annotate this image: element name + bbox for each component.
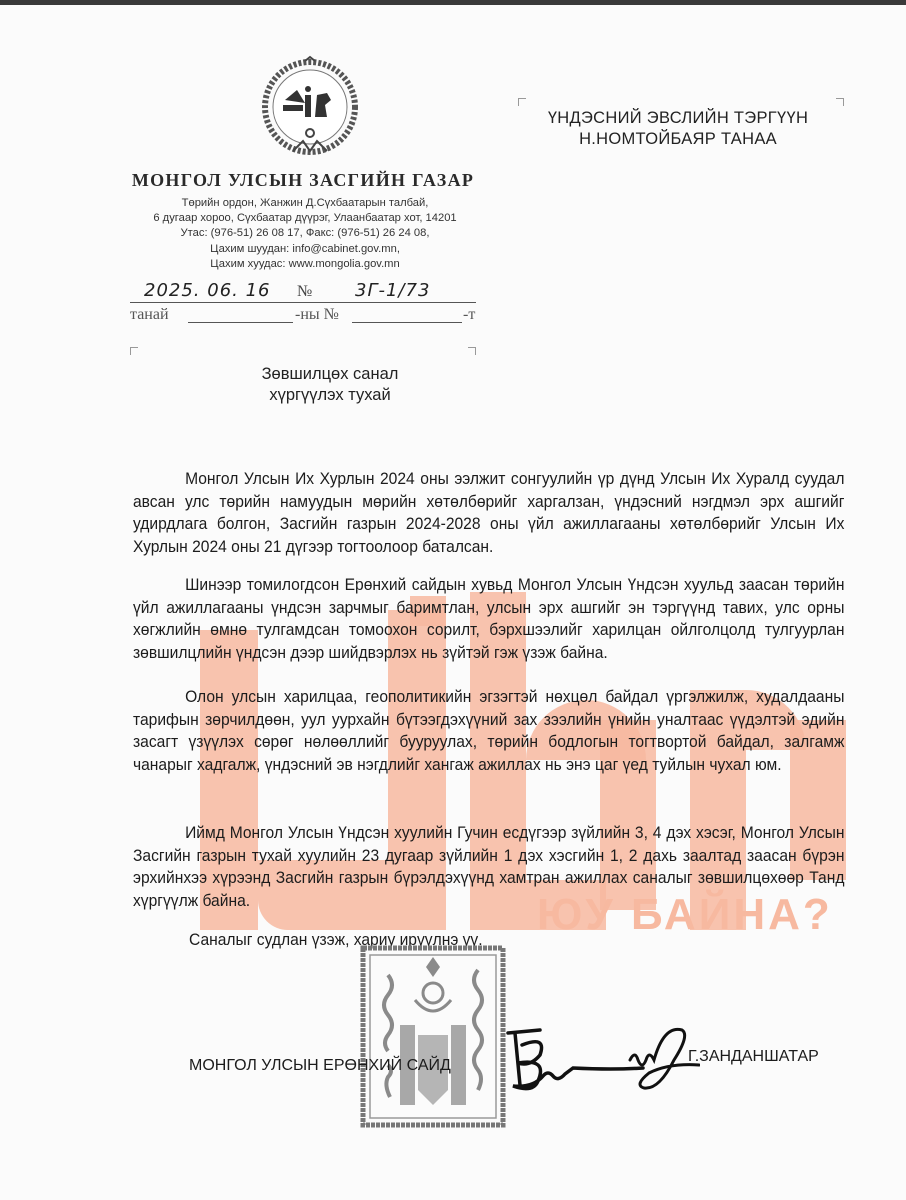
corner-mark	[130, 347, 138, 355]
letter-date: 2025. 06. 16	[144, 280, 271, 301]
email-line: Цахим шуудан: info@cabinet.gov.mn,	[110, 242, 500, 257]
recipient: ҮНДЭСНИЙ ЭВСЛИЙН ТЭРГҮҮН Н.НОМТОЙБАЯР ТА…	[528, 108, 828, 150]
corner-mark	[518, 98, 526, 106]
body-paragraph: Монгол Улсын Их Хурлын 2024 оны ээлжит с…	[133, 468, 844, 558]
address-line: 6 дугаар хороо, Сүхбаатар дүүрэг, Улаанб…	[110, 211, 500, 226]
subject-line: Зөвшилцөх санал	[215, 364, 445, 385]
organization-address: Төрийн ордон, Жанжин Д.Сүхбаатарын талба…	[110, 196, 500, 272]
t-suffix: -т	[463, 306, 475, 324]
signature-icon	[500, 1025, 700, 1095]
body-paragraph: Олон улсын харилцаа, геополитикийн эгзэг…	[133, 686, 844, 776]
organization-name: МОНГОЛ УЛСЫН ЗАСГИЙН ГАЗАР	[128, 170, 478, 191]
blank-line	[352, 322, 462, 323]
body-paragraph: Шинээр томилогдсон Ерөнхий сайдын хувьд …	[133, 574, 844, 664]
signer-title: МОНГОЛ УЛСЫН ЕРӨНХИЙ САЙД	[189, 1057, 451, 1075]
number-sign: №	[297, 283, 312, 301]
state-emblem-icon	[255, 55, 365, 165]
yours-label: танай	[130, 306, 169, 324]
date-number-row: 2025. 06. 16 № 3Г-1/73	[130, 280, 476, 303]
corner-mark	[468, 347, 476, 355]
official-seal-icon	[360, 945, 506, 1128]
ny-no-label: -ны №	[295, 306, 339, 324]
body-paragraph: Иймд Монгол Улсын Үндсэн хуулийн Гучин е…	[133, 822, 844, 912]
subject: Зөвшилцөх санал хүргүүлэх тухай	[215, 364, 445, 406]
phone-fax-line: Утас: (976-51) 26 08 17, Факс: (976-51) …	[110, 226, 500, 241]
recipient-title: ҮНДЭСНИЙ ЭВСЛИЙН ТЭРГҮҮН	[528, 108, 828, 129]
address-line: Төрийн ордон, Жанжин Д.Сүхбаатарын талба…	[110, 196, 500, 211]
recipient-name: Н.НОМТОЙБАЯР ТАНАА	[528, 129, 828, 150]
blank-line	[188, 322, 293, 323]
top-bar	[0, 0, 906, 5]
website-line: Цахим хуудас: www.mongolia.gov.mn	[110, 257, 500, 272]
letter-number: 3Г-1/73	[355, 280, 430, 301]
signer-name: Г.ЗАНДАНШАТАР	[688, 1048, 819, 1066]
corner-mark	[836, 98, 844, 106]
subject-line: хүргүүлэх тухай	[215, 385, 445, 406]
